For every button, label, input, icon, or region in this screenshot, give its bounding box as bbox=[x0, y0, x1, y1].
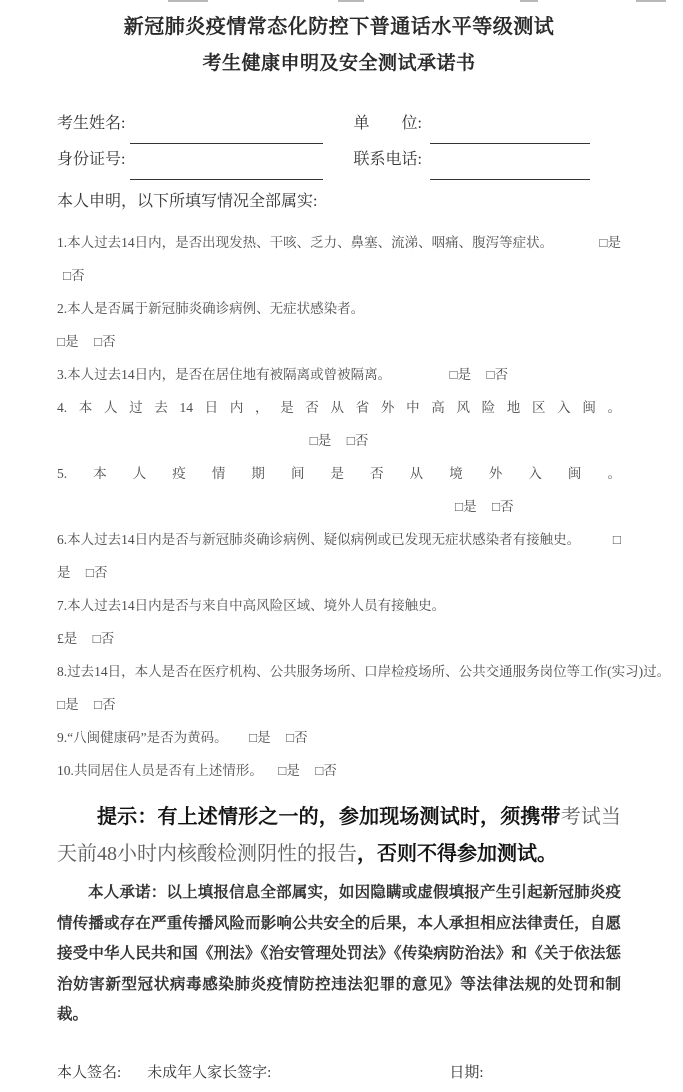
question-1-text: 1.本人过去14日内，是否出现发热、干咳、乏力、鼻塞、流涕、咽痛、腹泻等症状。 bbox=[57, 226, 553, 259]
question-1-yes-checkbox[interactable]: □是 bbox=[599, 226, 621, 259]
question-2: 2.本人是否属于新冠肺炎确诊病例、无症状感染者。 bbox=[57, 292, 621, 325]
question-1-options: □否 bbox=[57, 259, 621, 292]
fields-row-1: 考生姓名: 单 位: bbox=[57, 110, 621, 146]
question-2-text: 2.本人是否属于新冠肺炎确诊病例、无症状感染者。 bbox=[57, 301, 364, 316]
question-8-options: □是 □否 bbox=[57, 688, 621, 721]
id-number-label: 身份证号: bbox=[57, 146, 125, 169]
question-4-no-checkbox[interactable]: □否 bbox=[347, 433, 369, 448]
question-9-text: 9.“八闽健康码”是否为黄码。 bbox=[57, 730, 228, 745]
question-10: 10.共同居住人员是否有上述情形。 □是 □否 bbox=[57, 754, 621, 787]
question-3-yes-checkbox[interactable]: □是 bbox=[450, 367, 472, 382]
guardian-signature-label: 未成年人家长签字: bbox=[147, 1061, 271, 1082]
unit-label: 单 位: bbox=[353, 110, 421, 133]
unit-field[interactable] bbox=[430, 128, 590, 144]
document-title-line1: 新冠肺炎疫情常态化防控下普通话水平等级测试 bbox=[57, 14, 621, 40]
page-crop-artifact bbox=[0, 0, 683, 3]
declaration-statement: 本人申明，以下所填写情况全部属实: bbox=[57, 189, 621, 215]
question-9-no-checkbox[interactable]: □否 bbox=[286, 730, 308, 745]
question-1-no-checkbox[interactable]: □否 bbox=[63, 268, 85, 283]
question-10-yes-checkbox[interactable]: □是 bbox=[278, 763, 300, 778]
question-2-options: □是 □否 bbox=[57, 325, 621, 358]
question-6-options: 是 □否 bbox=[57, 556, 621, 589]
question-1: 1.本人过去14日内，是否出现发热、干咳、乏力、鼻塞、流涕、咽痛、腹泻等症状。 … bbox=[57, 226, 621, 259]
self-signature-label: 本人签名: bbox=[57, 1061, 121, 1082]
question-7-text: 7.本人过去14日内是否与来自中高风险区域、境外人员有接触史。 bbox=[57, 598, 445, 613]
document-title-line2: 考生健康申明及安全测试承诺书 bbox=[57, 51, 621, 77]
examinee-name-label: 考生姓名: bbox=[57, 110, 125, 133]
question-4-text: 4.本人过去14日内，是否从省外中高风险地区入闽。 bbox=[57, 400, 621, 415]
health-declaration-document: 新冠肺炎疫情常态化防控下普通话水平等级测试 考生健康申明及安全测试承诺书 考生姓… bbox=[0, 0, 683, 1092]
notice-paragraph: 提示：有上述情形之一的，参加现场测试时，须携带考试当天前48小时内核酸检测阴性的… bbox=[57, 799, 621, 873]
question-6-yes-label-tail: 是 bbox=[57, 565, 71, 580]
question-5-yes-checkbox[interactable]: □是 bbox=[455, 499, 477, 514]
id-number-field[interactable] bbox=[130, 164, 323, 180]
phone-field[interactable] bbox=[430, 164, 590, 180]
question-2-yes-checkbox[interactable]: □是 bbox=[57, 334, 79, 349]
question-6: 6.本人过去14日内是否与新冠肺炎确诊病例、疑似病例或已发现无症状感染者有接触史… bbox=[57, 523, 621, 556]
date-label: 日期: bbox=[449, 1061, 483, 1082]
question-10-no-checkbox[interactable]: □否 bbox=[315, 763, 337, 778]
question-6-no-checkbox[interactable]: □否 bbox=[86, 565, 108, 580]
question-4-options: □是 □否 bbox=[57, 424, 621, 457]
question-7: 7.本人过去14日内是否与来自中高风险区域、境外人员有接触史。 bbox=[57, 589, 621, 622]
question-6-text: 6.本人过去14日内是否与新冠肺炎确诊病例、疑似病例或已发现无症状感染者有接触史… bbox=[57, 523, 580, 556]
question-3-no-checkbox[interactable]: □否 bbox=[487, 367, 509, 382]
promise-lead: 本人承诺： bbox=[88, 884, 166, 901]
signature-row: 本人签名: 未成年人家长签字: 日期: bbox=[57, 1061, 621, 1082]
question-7-no-checkbox[interactable]: □否 bbox=[93, 631, 115, 646]
promise-paragraph: 本人承诺：以上填报信息全部属实，如因隐瞒或虚假填报产生引起新冠肺炎疫情传播或存在… bbox=[57, 878, 621, 1031]
question-8-yes-checkbox[interactable]: □是 bbox=[57, 697, 79, 712]
fields-row-2: 身份证号: 联系电话: bbox=[57, 146, 621, 182]
question-2-no-checkbox[interactable]: □否 bbox=[94, 334, 116, 349]
notice-strong-start: 提示：有上述情形之一的，参加现场测试时，须携带 bbox=[97, 806, 561, 828]
question-9-yes-checkbox[interactable]: □是 bbox=[249, 730, 271, 745]
question-8: 8.过去14日，本人是否在医疗机构、公共服务场所、口岸检疫场所、公共交通服务岗位… bbox=[57, 655, 621, 688]
question-5: 5.本人疫情期间是否从境外入闽。 bbox=[57, 457, 621, 490]
phone-label: 联系电话: bbox=[353, 146, 421, 169]
question-8-text: 8.过去14日，本人是否在医疗机构、公共服务场所、口岸检疫场所、公共交通服务岗位… bbox=[57, 664, 670, 679]
question-list: 1.本人过去14日内，是否出现发热、干咳、乏力、鼻塞、流涕、咽痛、腹泻等症状。 … bbox=[57, 226, 621, 787]
question-5-options: □是 □否 bbox=[57, 490, 621, 523]
examinee-name-field[interactable] bbox=[130, 128, 323, 144]
question-5-no-checkbox[interactable]: □否 bbox=[492, 499, 514, 514]
question-10-text: 10.共同居住人员是否有上述情形。 bbox=[57, 763, 263, 778]
question-9: 9.“八闽健康码”是否为黄码。 □是 □否 bbox=[57, 721, 621, 754]
question-7-options: £是 □否 bbox=[57, 622, 621, 655]
promise-body: 以上填报信息全部属实，如因隐瞒或虚假填报产生引起新冠肺炎疫情传播或存在严重传播风… bbox=[57, 884, 621, 1023]
question-4-yes-checkbox[interactable]: □是 bbox=[310, 433, 332, 448]
question-3: 3.本人过去14日内，是否在居住地有被隔离或曾被隔离。 □是 □否 bbox=[57, 358, 621, 391]
notice-strong-end: ，否则不得参加测试。 bbox=[357, 843, 557, 865]
question-8-no-checkbox[interactable]: □否 bbox=[94, 697, 116, 712]
question-6-yes-checkbox[interactable]: □ bbox=[613, 523, 621, 556]
applicant-info-fields: 考生姓名: 单 位: 身份证号: 联系电话: bbox=[57, 110, 621, 182]
question-3-text: 3.本人过去14日内，是否在居住地有被隔离或曾被隔离。 bbox=[57, 367, 391, 382]
question-7-yes-checkbox[interactable]: £是 bbox=[57, 631, 77, 646]
question-5-text: 5.本人疫情期间是否从境外入闽。 bbox=[57, 466, 621, 481]
question-4: 4.本人过去14日内，是否从省外中高风险地区入闽。 bbox=[57, 391, 621, 424]
